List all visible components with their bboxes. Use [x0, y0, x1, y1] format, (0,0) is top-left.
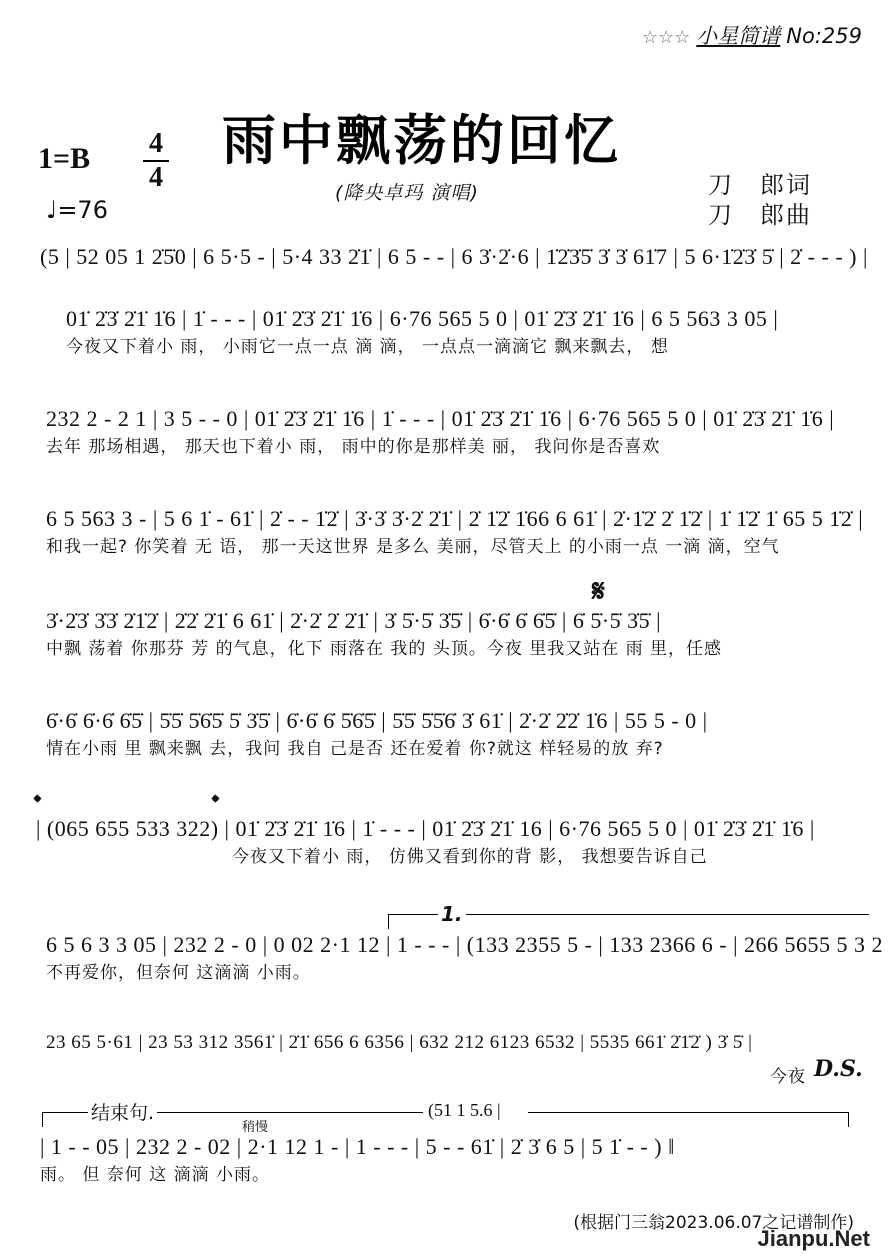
singer-credit: (降央卓玛 演唱) [335, 178, 479, 205]
score-line-9: 23 65 5·61 | 23 53 312 3561̇ | 2̇1̇ 656 … [46, 1032, 848, 1054]
score-line-3: 232 2 - 2 1 | 3 5 - - 0 | 01̇ 2̇3̇ 2̇1̇ … [46, 406, 848, 457]
lyrics-line-6: 情在小雨 里 飘来飘 去，我问 我自 己是否 还在爱着 你?就这 样轻易的放 弃… [46, 734, 848, 759]
lyrics-line-8: 不再爱你，但奈何 这滴滴 小雨。 [46, 958, 848, 983]
time-sig-top: 4 [143, 130, 169, 158]
volta-label: 1. [438, 902, 466, 926]
star-icons: ☆☆☆ [642, 27, 690, 48]
composer-credit: 刀 郎曲 [708, 195, 812, 230]
watermark: Jianpu.Net [758, 1226, 870, 1252]
coda-sign-2: 𝄌 [212, 790, 219, 814]
notes-line-2: 01̇ 2̇3̇ 2̇1̇ 1̇6 | 1̇ - - - | 01̇ 2̇3̇ … [66, 306, 848, 332]
notes-line-3: 232 2 - 2 1 | 3 5 - - 0 | 01̇ 2̇3̇ 2̇1̇ … [46, 406, 848, 432]
notes-line-9: 23 65 5·61 | 23 53 312 3561̇ | 2̇1̇ 656 … [46, 1032, 848, 1054]
song-title: 雨中飘荡的回忆 [222, 98, 621, 175]
lyrics-line-2: 今夜又下着小 雨， 小雨它一点一点 滴 滴， 一点点一滴滴它 飘来飘去， 想 [66, 332, 848, 357]
notes-line-5: 3̇·2̇3̇ 3̇3̇ 2̇1̇2̇ | 2̇2̇ 2̇1̇ 6 61̇ | … [46, 608, 848, 634]
brand-name: 小星简谱 [696, 24, 780, 48]
tempo-slower-mark: 稍慢 [242, 1116, 268, 1135]
dal-segno-mark: D.S. [814, 1056, 863, 1082]
score-line-6: 6̇·6̇ 6̇·6̇ 6̇5̇ | 5̇5̇ 5̇6̇5̇ 5̇ 3̇5̇ |… [46, 708, 848, 759]
score-line-7: | (065 655 533 322) | 01̇ 2̇3̇ 2̇1̇ 1̇6 … [36, 816, 848, 867]
lyrics-line-10: 雨。 但 奈何 这 滴滴 小雨。 [40, 1160, 848, 1185]
notes-line-8: 6 5 6 3 3 05 | 232 2 - 0 | 0 02 2·1 12 |… [46, 932, 848, 958]
score-line-5: 3̇·2̇3̇ 3̇3̇ 2̇1̇2̇ | 2̇2̇ 2̇1̇ 6 61̇ | … [46, 608, 848, 659]
time-sig-bottom: 4 [143, 164, 169, 192]
segno-sign: 𝄋 [592, 574, 605, 609]
lyrics-line-7: 今夜又下着小 雨， 仿佛又看到你的背 影， 我想要告诉自己 [232, 842, 848, 867]
notes-line-1: (5 | 52 05 1 2̇5̇0 | 6 5·5 - | 5·4 33 2̇… [40, 244, 848, 270]
notes-line-7: | (065 655 533 322) | 01̇ 2̇3̇ 2̇1̇ 1̇6 … [36, 816, 848, 842]
alternate-notes: (51 1 5.6 | [428, 1100, 501, 1121]
notes-line-10: | 1 - - 05 | 232 2 - 02 | 2·1 12 1 - | 1… [40, 1134, 848, 1160]
coda-sign: 𝄌 [34, 790, 41, 814]
notes-line-4: 6 5 563 3 - | 5 6 1̇ - 61̇ | 2̇ - - 1̇2̇… [46, 506, 848, 532]
notes-line-6: 6̇·6̇ 6̇·6̇ 6̇5̇ | 5̇5̇ 5̇6̇5̇ 5̇ 3̇5̇ |… [46, 708, 848, 734]
score-line-8: 6 5 6 3 3 05 | 232 2 - 0 | 0 02 2·1 12 |… [46, 932, 848, 983]
score-line-1: (5 | 52 05 1 2̇5̇0 | 6 5·5 - | 5·4 33 2̇… [40, 244, 848, 270]
lyrics-line-5: 中飘 荡着 你那芬 芳 的气息，化下 雨落在 我的 头顶。今夜 里我又站在 雨 … [46, 634, 848, 659]
score-number: No:259 [786, 24, 862, 48]
brand-header: ☆☆☆小星简谱No:259 [642, 20, 862, 50]
score-line-4: 6 5 563 3 - | 5 6 1̇ - 61̇ | 2̇ - - 1̇2̇… [46, 506, 848, 557]
time-signature: 4 4 [143, 130, 169, 192]
lyrics-line-4: 和我一起? 你笑着 无 语， 那一天这世界 是多么 美丽，尽管天上 的小雨一点 … [46, 532, 848, 557]
ds-lyric: 今夜 [770, 1062, 806, 1087]
score-line-10: | 1 - - 05 | 232 2 - 02 | 2·1 12 1 - | 1… [40, 1134, 848, 1185]
ending-bracket-right [528, 1112, 849, 1127]
lyrics-line-3: 去年 那场相遇， 那天也下着小 雨， 雨中的你是那样美 丽， 我问你是否喜欢 [46, 432, 848, 457]
key-signature: 1=B [38, 142, 90, 176]
score-line-2: 01̇ 2̇3̇ 2̇1̇ 1̇6 | 1̇ - - - | 01̇ 2̇3̇ … [66, 306, 848, 357]
ending-label: 结束句. [88, 1098, 157, 1125]
tempo-mark: ♩=76 [46, 196, 108, 224]
